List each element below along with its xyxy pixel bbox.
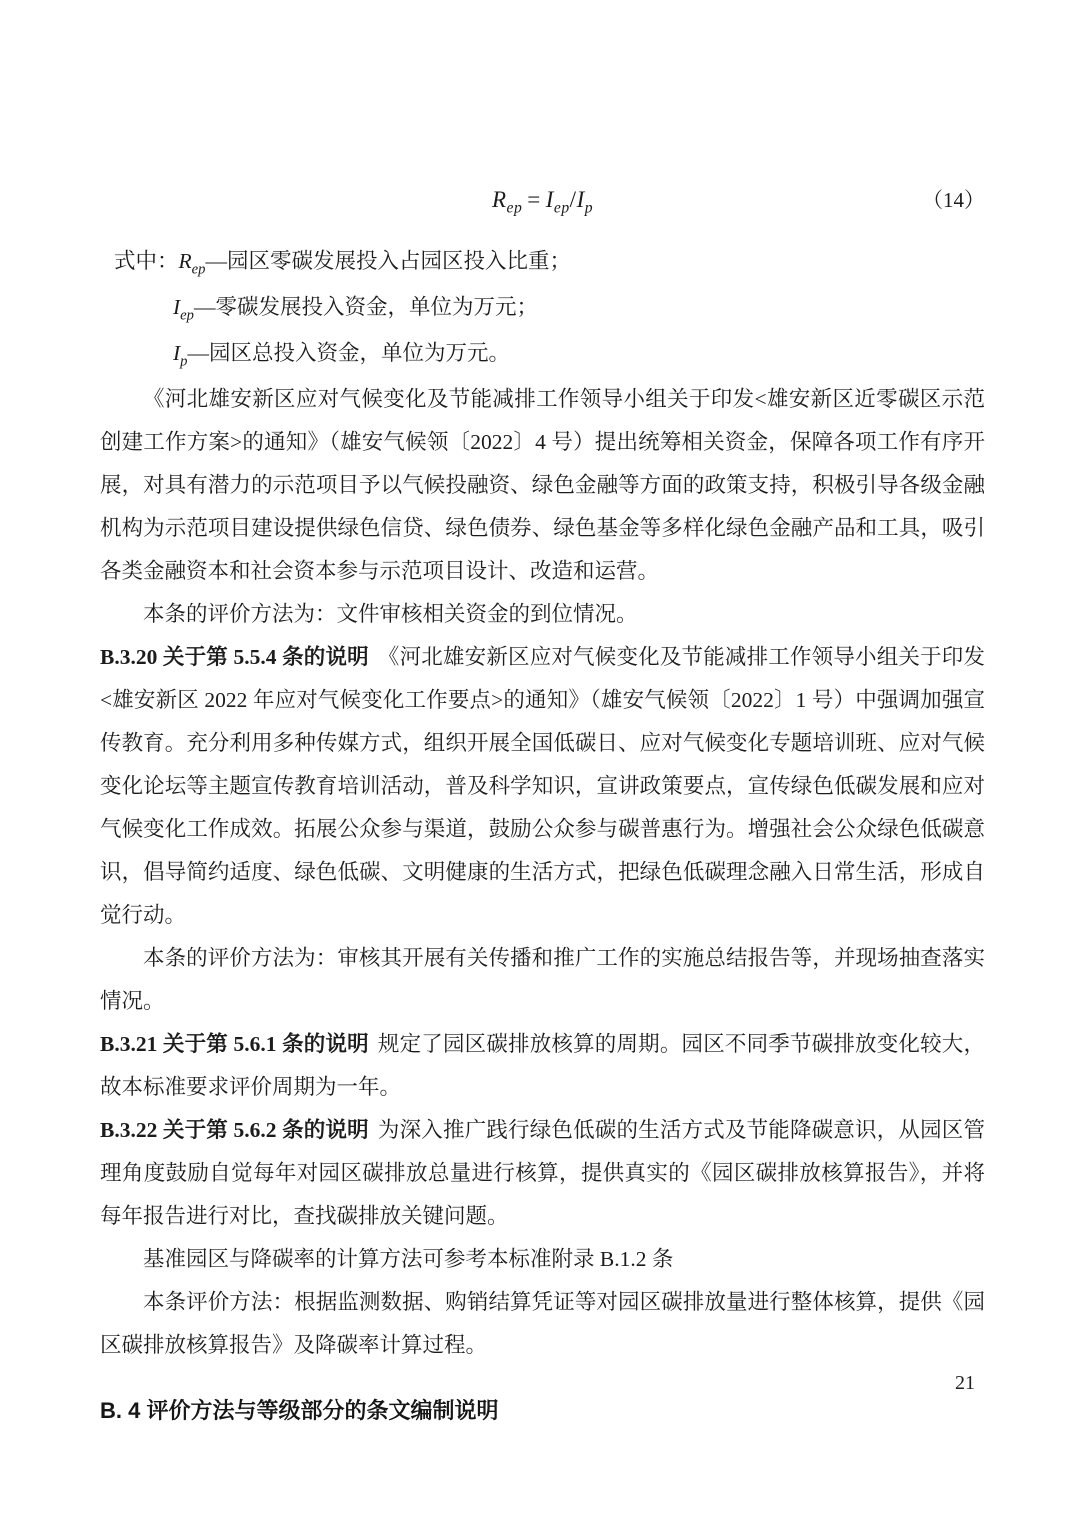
- body-text: 《河北雄安新区应对气候变化及节能减排工作领导小组关于印发<雄安新区近零碳区示范创…: [100, 378, 985, 1367]
- division-slash: /: [570, 187, 577, 212]
- clause-heading: B.3.21 关于第 5.6.1 条的说明: [100, 1032, 369, 1056]
- formula-numerator-subscript: ep: [554, 200, 570, 217]
- formula-denominator: I: [577, 187, 585, 212]
- paragraph-text: 本条的评价方法为：审核其开展有关传播和推广工作的实施总结报告等，并现场抽查落实情…: [100, 946, 985, 1013]
- page-number: 21: [955, 1372, 975, 1395]
- document-page: Rep=Iep/Ip （14） 式中：Rep—园区零碳发展投入占园区投入比重； …: [0, 0, 1080, 1527]
- paragraph-text: 《河北雄安新区应对气候变化及节能减排工作领导小组关于印发<雄安新区 2022 年…: [100, 645, 985, 927]
- equation-number: （14）: [922, 178, 985, 222]
- where-line: 式中：Rep—园区零碳发展投入占园区投入比重；: [100, 238, 985, 284]
- where-line: Iep—零碳发展投入资金，单位为万元；: [100, 284, 985, 330]
- formula-equation: Rep=Iep/Ip: [492, 187, 593, 212]
- paragraph-text: 本条的评价方法为：文件审核相关资金的到位情况。: [143, 602, 638, 626]
- where-line: Ip—园区总投入资金，单位为万元。: [100, 330, 985, 376]
- section-heading-b4: B. 4 评价方法与等级部分的条文编制说明: [100, 1389, 985, 1432]
- paragraph: 本条的评价方法为：审核其开展有关传播和推广工作的实施总结报告等，并现场抽查落实情…: [100, 937, 985, 1023]
- paragraph-text: 《河北雄安新区应对气候变化及节能减排工作领导小组关于印发<雄安新区近零碳区示范创…: [100, 387, 985, 583]
- paragraph: 《河北雄安新区应对气候变化及节能减排工作领导小组关于印发<雄安新区近零碳区示范创…: [100, 378, 985, 593]
- formula-row: Rep=Iep/Ip （14）: [100, 178, 985, 222]
- paragraph-text: 本条评价方法：根据监测数据、购销结算凭证等对园区碳排放量进行整体核算，提供《园区…: [100, 1290, 985, 1357]
- symbol-subscript: ep: [192, 261, 206, 277]
- paragraph: 本条评价方法：根据监测数据、购销结算凭证等对园区碳排放量进行整体核算，提供《园区…: [100, 1281, 985, 1367]
- paragraph-text: 基准园区与降碳率的计算方法可参考本标准附录 B.1.2 条: [143, 1247, 673, 1271]
- where-intro: 式中：: [114, 249, 179, 273]
- paragraph: B.3.20 关于第 5.5.4 条的说明《河北雄安新区应对气候变化及节能减排工…: [100, 636, 985, 937]
- formula-lhs-subscript: ep: [507, 200, 523, 217]
- formula-lhs: R: [492, 187, 507, 212]
- paragraph: 基准园区与降碳率的计算方法可参考本标准附录 B.1.2 条: [100, 1238, 985, 1281]
- formula-numerator: I: [546, 187, 554, 212]
- symbol-description: —零碳发展投入资金，单位为万元；: [194, 295, 538, 319]
- symbol: R: [179, 249, 192, 273]
- page-content: Rep=Iep/Ip （14） 式中：Rep—园区零碳发展投入占园区投入比重； …: [100, 178, 985, 1432]
- paragraph: B.3.22 关于第 5.6.2 条的说明为深入推广践行绿色低碳的生活方式及节能…: [100, 1109, 985, 1238]
- clause-heading: B.3.20 关于第 5.5.4 条的说明: [100, 645, 369, 669]
- symbol-subscript: ep: [180, 307, 194, 323]
- formula-denominator-subscript: p: [585, 200, 593, 217]
- symbol-description: —园区总投入资金，单位为万元。: [187, 341, 510, 365]
- paragraph: B.3.21 关于第 5.6.1 条的说明规定了园区碳排放核算的周期。园区不同季…: [100, 1023, 985, 1109]
- equals-sign: =: [522, 187, 545, 212]
- symbol-definitions: 式中：Rep—园区零碳发展投入占园区投入比重； Iep—零碳发展投入资金，单位为…: [100, 238, 985, 376]
- clause-heading: B.3.22 关于第 5.6.2 条的说明: [100, 1118, 369, 1142]
- paragraph: 本条的评价方法为：文件审核相关资金的到位情况。: [100, 593, 985, 636]
- symbol-description: —园区零碳发展投入占园区投入比重；: [205, 249, 571, 273]
